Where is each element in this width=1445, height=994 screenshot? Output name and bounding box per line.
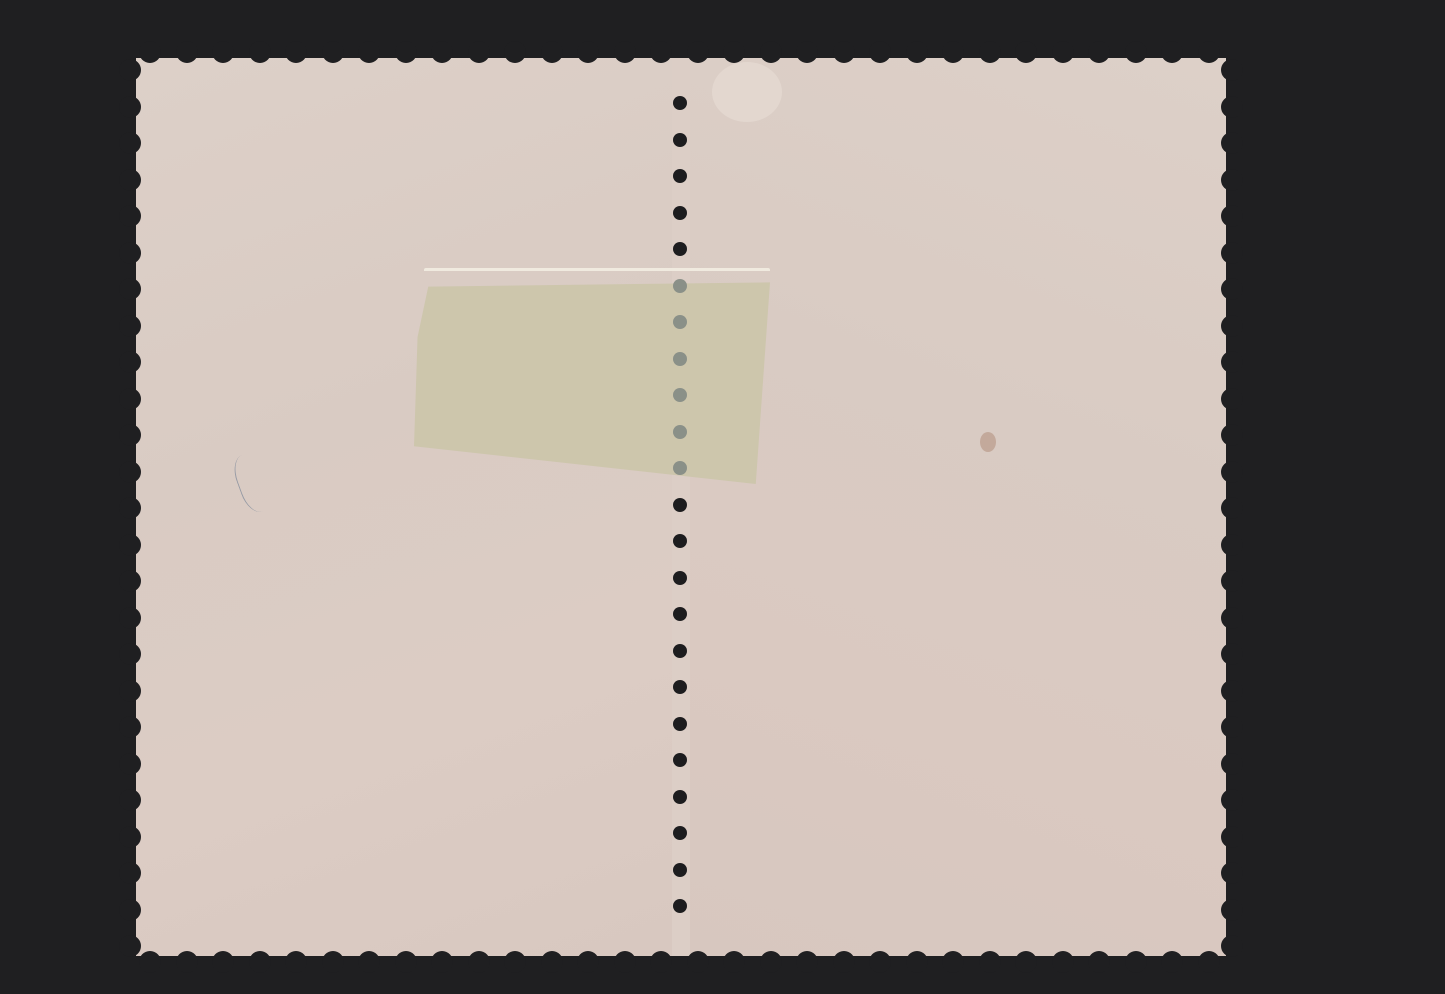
perforation-hole [119, 278, 141, 300]
perforation-hole [119, 789, 141, 811]
perforation-hole [119, 935, 141, 957]
perforation-hole [687, 951, 709, 973]
perforation-hole [119, 169, 141, 191]
perforation-hole [673, 899, 687, 913]
perforation-hole [1015, 41, 1037, 63]
perforation-hole [796, 41, 818, 63]
perforation-hole [614, 951, 636, 973]
perforation-hole [1161, 951, 1183, 973]
perforation-hole [249, 41, 271, 63]
perforation-hole [541, 951, 563, 973]
perforation-hole [1221, 899, 1243, 921]
perforation-hole [1221, 680, 1243, 702]
perforation-hole [212, 41, 234, 63]
perforation-hole [119, 96, 141, 118]
perforation-hole [650, 41, 672, 63]
perforation-hole [614, 41, 636, 63]
perforation-hole [119, 643, 141, 665]
perforation-hole [906, 951, 928, 973]
perforation-hole [673, 571, 687, 585]
perforation-hole [1052, 41, 1074, 63]
perforation-hole [119, 826, 141, 848]
perforation-hole [673, 461, 687, 475]
perforation-hole [796, 951, 818, 973]
perforation-hole [119, 242, 141, 264]
perforation-hole [139, 951, 161, 973]
perforation-hole [1221, 424, 1243, 446]
right-stamp-back [684, 58, 1226, 956]
perforation-hole [673, 133, 687, 147]
perforation-hole [1221, 753, 1243, 775]
perforation-hole [1221, 315, 1243, 337]
perforation-hole [1221, 607, 1243, 629]
perforation-hole [139, 41, 161, 63]
perforation-hole [1221, 278, 1243, 300]
perforation-hole [673, 644, 687, 658]
perforation-hole [1161, 41, 1183, 63]
perforation-hole [1221, 461, 1243, 483]
perforation-hole [431, 951, 453, 973]
perforation-hole [119, 607, 141, 629]
perforation-hole [869, 951, 891, 973]
perforation-hole [504, 41, 526, 63]
perforation-hole [1198, 41, 1220, 63]
perforation-hole [119, 132, 141, 154]
perforation-hole [723, 41, 745, 63]
perforation-hole [1221, 789, 1243, 811]
perforation-hole [673, 790, 687, 804]
perforation-hole [673, 425, 687, 439]
perforation-hole [1125, 41, 1147, 63]
perforation-hole [577, 41, 599, 63]
perforation-hole [468, 41, 490, 63]
perforation-hole [395, 41, 417, 63]
perforation-hole [673, 498, 687, 512]
perforation-hole [687, 41, 709, 63]
perforation-hole [119, 862, 141, 884]
perforation-hole [119, 59, 141, 81]
perforation-hole [395, 951, 417, 973]
perforation-hole [504, 951, 526, 973]
perforation-hole [1221, 570, 1243, 592]
perforation-hole [673, 242, 687, 256]
perforation-hole [673, 753, 687, 767]
perforation-hole [577, 951, 599, 973]
perforation-hole [673, 717, 687, 731]
perforation-hole [1221, 716, 1243, 738]
perforation-hole [358, 951, 380, 973]
perforation-hole [1221, 388, 1243, 410]
perforation-hole [119, 716, 141, 738]
perforation-hole [212, 951, 234, 973]
perforation-hole [673, 206, 687, 220]
perforation-hole [285, 41, 307, 63]
perforation-hole [1221, 96, 1243, 118]
perforation-hole [1125, 951, 1147, 973]
perforation-hole [673, 826, 687, 840]
perforation-hole [979, 951, 1001, 973]
perforation-hole [1221, 534, 1243, 556]
perforation-hole [1221, 59, 1243, 81]
perforation-hole [119, 570, 141, 592]
perforation-hole [249, 951, 271, 973]
perforation-hole [833, 951, 855, 973]
perforation-hole [673, 279, 687, 293]
perforation-hole [119, 388, 141, 410]
perforation-hole [673, 315, 687, 329]
perforation-hole [119, 899, 141, 921]
perforation-hole [119, 424, 141, 446]
perforation-hole [723, 951, 745, 973]
perforation-hole [1221, 132, 1243, 154]
perforation-hole [1221, 351, 1243, 373]
perforation-hole [1221, 862, 1243, 884]
perforation-hole [673, 388, 687, 402]
perforation-hole [673, 352, 687, 366]
perforation-hole [673, 680, 687, 694]
thin-spot [712, 62, 782, 122]
perforation-hole [119, 753, 141, 775]
perforation-hole [285, 951, 307, 973]
hinge-torn-edge [424, 268, 770, 281]
perforation-hole [673, 607, 687, 621]
perforation-hole [760, 41, 782, 63]
perforation-hole [119, 351, 141, 373]
perforation-hole [673, 96, 687, 110]
perforation-hole [322, 41, 344, 63]
perforation-hole [1221, 643, 1243, 665]
perforation-hole [176, 41, 198, 63]
perforation-hole [541, 41, 563, 63]
perforation-hole [1052, 951, 1074, 973]
perforation-hole [358, 41, 380, 63]
left-stamp-back [136, 58, 678, 956]
perforation-hole [1015, 951, 1037, 973]
perforation-hole [1221, 826, 1243, 848]
stain-spot [980, 432, 996, 452]
perforation-hole [1221, 935, 1243, 957]
perforation-hole [322, 951, 344, 973]
perforation-hole [176, 951, 198, 973]
perforation-hole [119, 534, 141, 556]
perforation-hole [673, 169, 687, 183]
perforation-hole [119, 680, 141, 702]
perforation-hole [906, 41, 928, 63]
perforation-hole [760, 951, 782, 973]
perforation-hole [650, 951, 672, 973]
perforation-hole [979, 41, 1001, 63]
perforation-hole [431, 41, 453, 63]
perforation-hole [1088, 951, 1110, 973]
perforation-hole [119, 461, 141, 483]
perforation-hole [1221, 497, 1243, 519]
perforation-hole [833, 41, 855, 63]
perforation-hole [119, 205, 141, 227]
perforation-hole [119, 497, 141, 519]
perforation-hole [869, 41, 891, 63]
perforation-hole [673, 863, 687, 877]
perforation-hole [119, 315, 141, 337]
perforation-hole [673, 534, 687, 548]
perforation-hole [1198, 951, 1220, 973]
perforation-hole [1221, 242, 1243, 264]
perforation-hole [942, 951, 964, 973]
perforation-hole [1221, 169, 1243, 191]
perforation-hole [1088, 41, 1110, 63]
perforation-hole [468, 951, 490, 973]
perforation-hole [942, 41, 964, 63]
perforation-hole [1221, 205, 1243, 227]
